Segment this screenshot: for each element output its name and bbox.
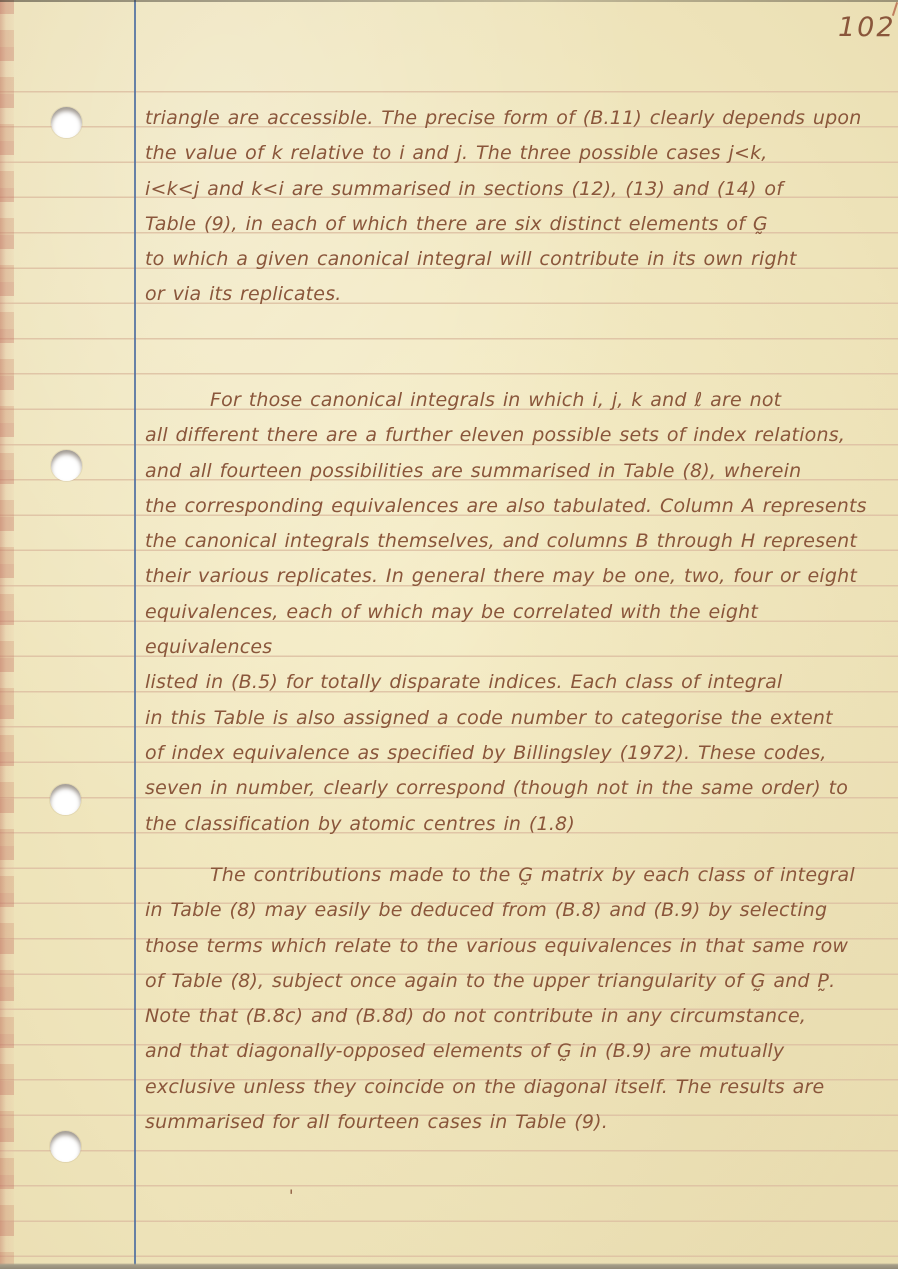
paragraph-3: The contributions made to the G̰ matrix … <box>145 858 893 1140</box>
punch-hole <box>50 784 81 815</box>
notebook-page: 102 triangle are accessible. The precise… <box>0 0 898 1269</box>
page-top-edge <box>0 0 898 2</box>
punch-hole <box>51 450 82 481</box>
margin-line <box>134 0 136 1269</box>
punch-hole <box>50 1131 81 1162</box>
page-bottom-edge <box>0 1263 898 1269</box>
page-left-edge <box>0 0 14 1269</box>
paragraph-1: triangle are accessible. The precise for… <box>145 101 893 313</box>
page-number: 102 <box>838 12 896 43</box>
punch-hole <box>51 107 82 138</box>
stray-ink-mark: ' <box>289 1186 293 1205</box>
paragraph-2: For those canonical integrals in which i… <box>145 383 893 842</box>
